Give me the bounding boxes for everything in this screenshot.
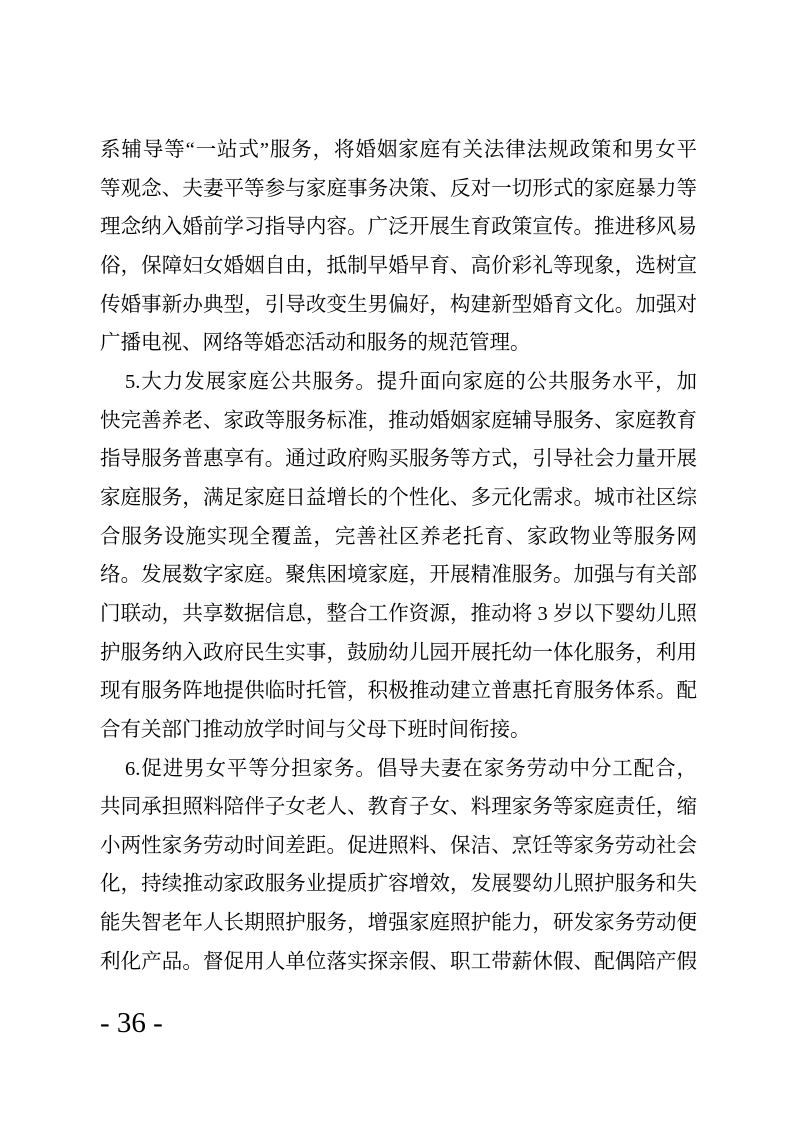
text-line: 指导服务普惠享有。通过政府购买服务等方式，引导社会力量开展 bbox=[100, 440, 697, 479]
text-line: 共同承担照料陪伴子女老人、教育子女、料理家务等家庭责任，缩 bbox=[100, 788, 697, 827]
text-line: 化，持续推动家政服务业提质扩容增效，发展婴幼儿照护服务和失 bbox=[100, 865, 697, 904]
text-line: 小两性家务劳动时间差距。促进照料、保洁、烹饪等家务劳动社会 bbox=[100, 827, 697, 866]
text-line: 广播电视、网络等婚恋活动和服务的规范管理。 bbox=[100, 324, 697, 363]
text-line: 合有关部门推动放学时间与父母下班时间衔接。 bbox=[100, 711, 697, 750]
text-line: 6.促进男女平等分担家务。倡导夫妻在家务劳动中分工配合， bbox=[100, 750, 697, 789]
body-text: 系辅导等“一站式”服务，将婚姻家庭有关法律法规政策和男女平等观念、夫妻平等参与家… bbox=[100, 131, 697, 981]
document-page: 系辅导等“一站式”服务，将婚姻家庭有关法律法规政策和男女平等观念、夫妻平等参与家… bbox=[0, 0, 794, 1122]
text-line: 络。发展数字家庭。聚焦困境家庭，开展精准服务。加强与有关部 bbox=[100, 556, 697, 595]
text-line: 护服务纳入政府民生实事，鼓励幼儿园开展托幼一体化服务，利用 bbox=[100, 634, 697, 673]
text-line: 能失智老年人长期照护服务，增强家庭照护能力，研发家务劳动便 bbox=[100, 904, 697, 943]
text-line: 理念纳入婚前学习指导内容。广泛开展生育政策宣传。推进移风易 bbox=[100, 208, 697, 247]
page-number: - 36 - bbox=[100, 1006, 163, 1040]
text-line: 快完善养老、家政等服务标准，推动婚姻家庭辅导服务、家庭教育 bbox=[100, 402, 697, 441]
text-line: 家庭服务，满足家庭日益增长的个性化、多元化需求。城市社区综 bbox=[100, 479, 697, 518]
text-line: 系辅导等“一站式”服务，将婚姻家庭有关法律法规政策和男女平 bbox=[100, 131, 697, 170]
text-line: 利化产品。督促用人单位落实探亲假、职工带薪休假、配偶陪产假 bbox=[100, 943, 697, 982]
text-line: 5.大力发展家庭公共服务。提升面向家庭的公共服务水平，加 bbox=[100, 363, 697, 402]
text-line: 合服务设施实现全覆盖，完善社区养老托育、家政物业等服务网 bbox=[100, 518, 697, 557]
text-line: 等观念、夫妻平等参与家庭事务决策、反对一切形式的家庭暴力等 bbox=[100, 170, 697, 209]
text-line: 俗，保障妇女婚姻自由，抵制早婚早育、高价彩礼等现象，选树宣 bbox=[100, 247, 697, 286]
text-line: 现有服务阵地提供临时托管，积极推动建立普惠托育服务体系。配 bbox=[100, 672, 697, 711]
text-line: 传婚事新办典型，引导改变生男偏好，构建新型婚育文化。加强对 bbox=[100, 286, 697, 325]
text-line: 门联动，共享数据信息，整合工作资源，推动将 3 岁以下婴幼儿照 bbox=[100, 595, 697, 634]
